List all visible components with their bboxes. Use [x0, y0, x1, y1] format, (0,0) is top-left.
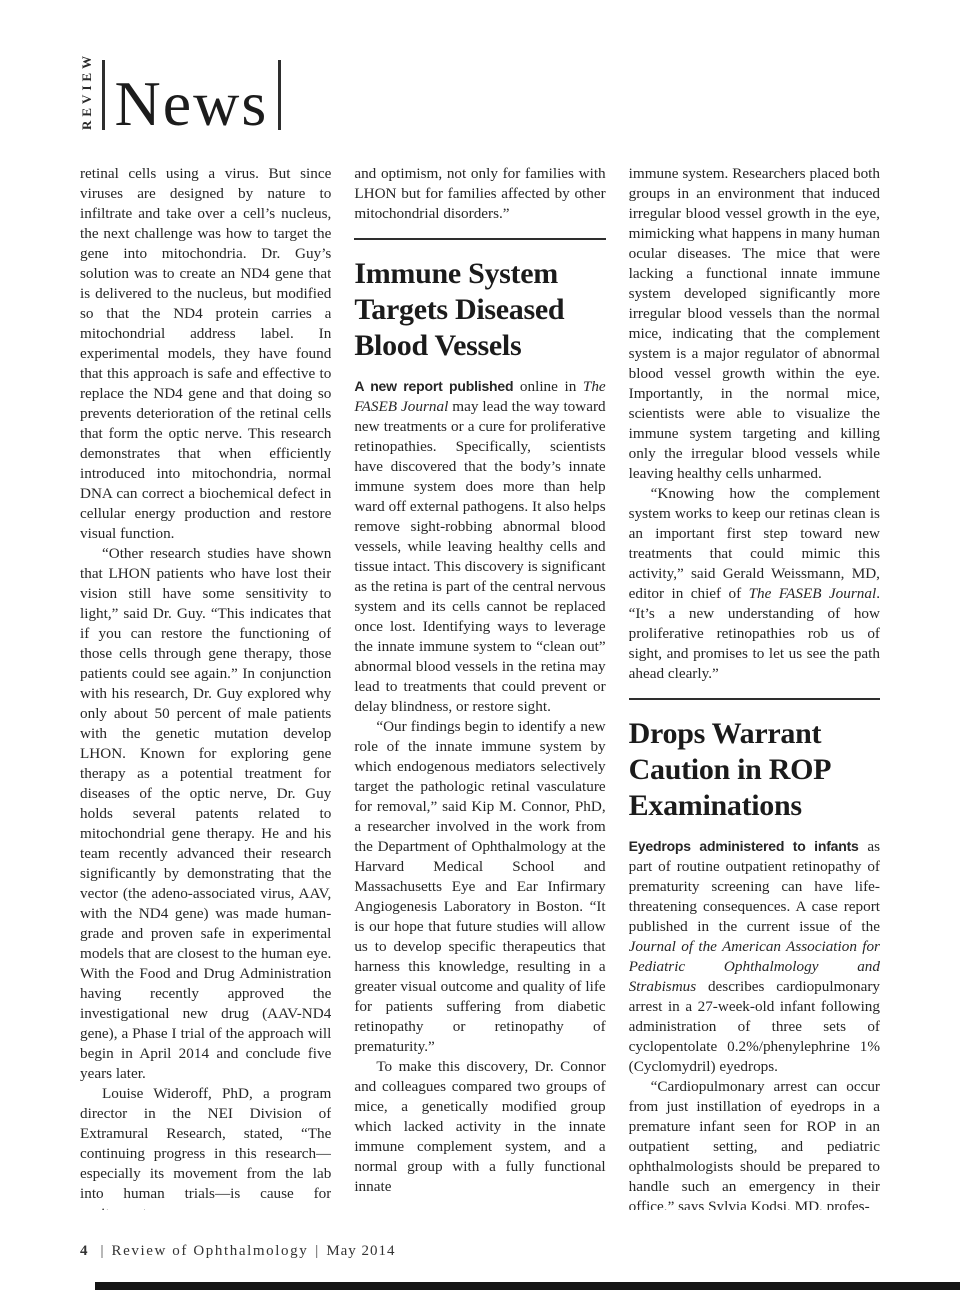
article-headline-immune-system: Immune System Targets Diseased Blood Ves… [354, 256, 605, 364]
masthead-left-bar [102, 60, 105, 130]
publication-name: Review of Ophthalmology [112, 1243, 309, 1260]
paragraph: “Other research studies have shown that … [80, 544, 331, 1084]
paragraph: “Our findings begin to identify a new ro… [354, 717, 605, 1057]
masthead: REVIEW News [80, 50, 960, 130]
review-vertical-label: REVIEW [80, 52, 94, 130]
footer-separator: | [101, 1243, 105, 1260]
lead-text: may lead the way toward new treatments o… [354, 398, 605, 715]
article-headline-drops-warrant: Drops Warrant Caution in ROP Examination… [629, 716, 880, 824]
journal-name-italic: The FASEB Journal [749, 585, 877, 602]
paragraph: To make this discovery, Dr. Connor and c… [354, 1057, 605, 1197]
page-footer: 4 | Review of Ophthalmology | May 2014 [80, 1243, 396, 1260]
bottom-edge-bar [95, 1282, 960, 1290]
section-divider [629, 698, 880, 700]
lead-in-bold: Eyedrops administered to infants [629, 838, 859, 854]
paragraph: and optimism, not only for families with… [354, 164, 605, 224]
column-right: immune system. Researchers placed both g… [629, 164, 880, 1210]
paragraph: immune system. Researchers placed both g… [629, 164, 880, 484]
news-section-title: News [115, 72, 269, 136]
article-lead-paragraph: Eyedrops administered to infants as part… [629, 836, 880, 1077]
issue-date: May 2014 [326, 1243, 395, 1260]
article-columns: retinal cells using a virus. But since v… [80, 164, 880, 1210]
footer-separator: | [315, 1243, 319, 1260]
page-number: 4 [80, 1243, 88, 1260]
paragraph: Louise Wideroff, PhD, a program director… [80, 1084, 331, 1210]
paragraph: retinal cells using a virus. But since v… [80, 164, 331, 544]
article-lead-paragraph: A new report published online in The FAS… [354, 376, 605, 717]
paragraph: “Knowing how the complement system works… [629, 484, 880, 684]
column-left: retinal cells using a virus. But since v… [80, 164, 331, 1210]
section-divider [354, 238, 605, 240]
column-middle: and optimism, not only for families with… [354, 164, 605, 1210]
lead-in-bold: A new report published [354, 378, 513, 394]
masthead-right-bar [278, 60, 281, 130]
lead-text: online in [513, 378, 583, 395]
paragraph: “Cardiopulmonary arrest can occur from j… [629, 1077, 880, 1210]
